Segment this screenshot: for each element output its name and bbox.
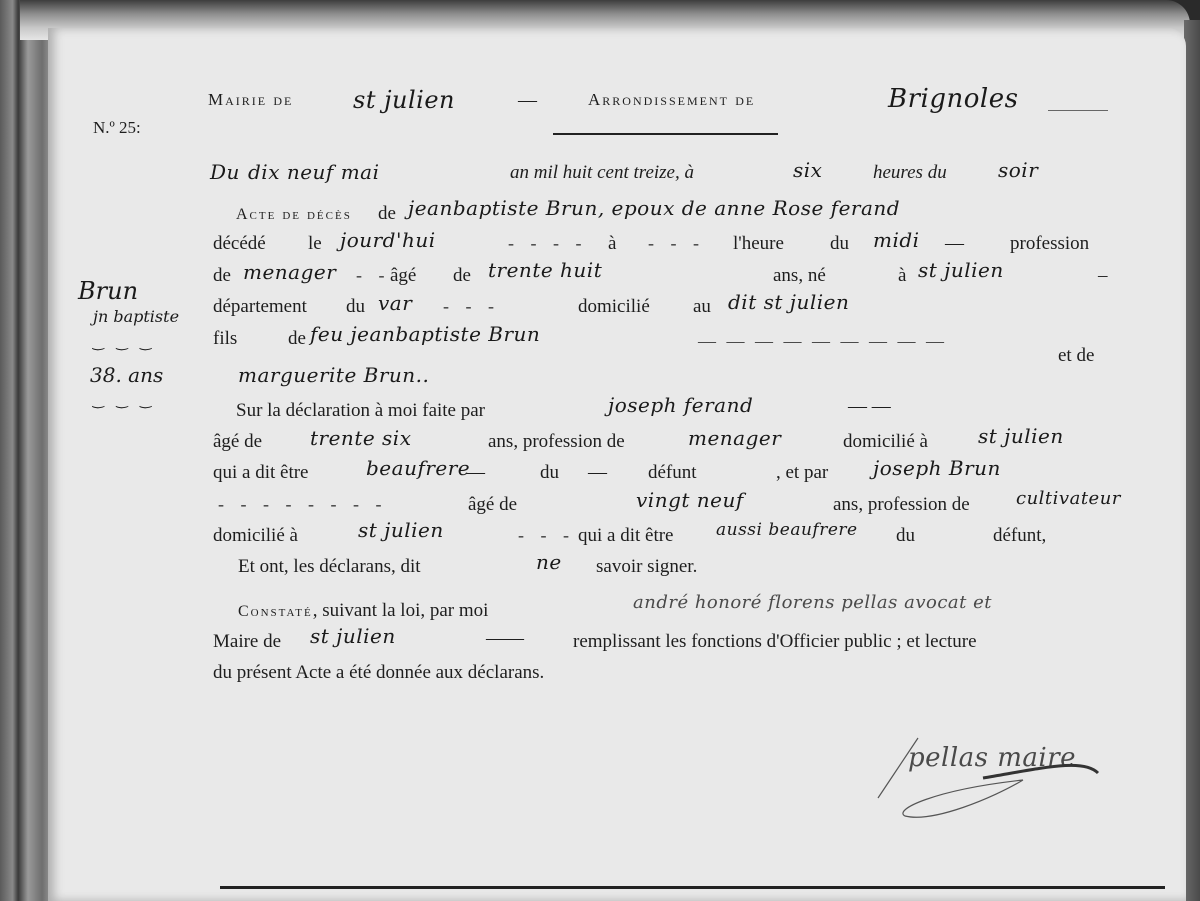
father-name: feu jeanbaptiste Brun	[310, 322, 540, 346]
date-hour-suffix: heures du	[873, 162, 947, 184]
header-rule	[553, 133, 778, 135]
et-de-label: et de	[1058, 345, 1094, 367]
death-day: jourd'hui	[340, 228, 436, 252]
age-de: de	[453, 265, 471, 287]
date-hour: six	[793, 158, 822, 182]
declaration-intro: Sur la déclaration à moi faite par	[236, 400, 485, 422]
date-year-text: an mil huit cent treize, à	[510, 162, 694, 184]
adjacent-page-edge	[1184, 20, 1200, 901]
declarant1-du: du	[540, 462, 559, 484]
domicile-label: domicilié	[578, 296, 650, 318]
declarant2-profession: cultivateur	[1016, 488, 1121, 509]
department-value: var	[378, 291, 412, 315]
mayor-signature: pellas maire	[873, 728, 1113, 828]
declarant2-domicile: st julien	[358, 518, 444, 542]
domicile-value: dit st julien	[728, 290, 849, 314]
maire-dash: ——	[486, 628, 524, 650]
bottom-rule	[220, 886, 1165, 889]
death-du: du	[830, 233, 849, 255]
death-time: midi	[873, 228, 920, 252]
arrondissement-label: Arrondissement de	[588, 90, 755, 110]
declarant2-du: du	[896, 525, 915, 547]
margin-surname: Brun	[78, 278, 179, 304]
fils-label: fils	[213, 328, 237, 350]
age-label: âgé	[390, 265, 416, 287]
fils-de: de	[288, 328, 306, 350]
deceased-name: jeanbaptiste Brun, epoux de anne Rose fe…	[408, 196, 900, 220]
declarant2-dashes: - - - - - - - -	[218, 494, 387, 515]
declarant1-age-label: âgé de	[213, 431, 262, 453]
date-period: soir	[998, 158, 1038, 182]
signing-suffix: savoir signer.	[596, 556, 697, 578]
birth-a: à	[898, 265, 906, 287]
margin-underline-2: ‿ ‿ ‿	[93, 388, 179, 414]
declarant2-age-label: âgé de	[468, 494, 517, 516]
date-prefix: Du	[210, 160, 240, 184]
declarant1-profession: menager	[688, 426, 781, 450]
department-label: département	[213, 296, 307, 318]
declarant1-trailing-dash: — —	[848, 396, 891, 418]
profession-label: profession	[1010, 233, 1089, 255]
declarant1-prof-label: ans, profession de	[488, 431, 625, 453]
declarant1-defunt: défunt	[648, 462, 697, 484]
attestation-text-2: remplissant les fonctions d'Officier pub…	[573, 631, 977, 653]
decede-label: décédé	[213, 233, 266, 255]
declarant2-name: joseph Brun	[873, 456, 1001, 480]
le-label: le	[308, 233, 322, 255]
deceased-profession: menager	[243, 260, 336, 284]
prof-dashes: - -	[356, 265, 391, 286]
department-dashes: - - -	[443, 296, 500, 317]
rel-dash-2: —	[588, 462, 607, 484]
declarant2-intro: , et par	[776, 462, 828, 484]
act-de: de	[378, 203, 396, 225]
department-du: du	[346, 296, 365, 318]
declarant1-relation: beaufrere	[366, 456, 470, 480]
date-day-month: dix neuf mai	[248, 160, 379, 184]
signing-prefix: Et ont, les déclarans, dit	[238, 556, 421, 578]
margin-note: Brun jn baptiste ‿ ‿ ‿ 38. ans ‿ ‿ ‿	[78, 278, 179, 414]
declarant2-age: vingt neuf	[636, 488, 744, 512]
record-number-label: N.º 25:	[93, 118, 141, 138]
act-label: Acte de décès	[236, 206, 352, 224]
signing-value: ne	[536, 550, 562, 574]
mairie-value: st julien	[353, 86, 455, 114]
declarant2-relation-label: qui a dit être	[578, 525, 674, 547]
mother-name: marguerite Brun..	[238, 363, 429, 387]
declarant1-name: joseph ferand	[608, 393, 753, 417]
declarant2-relation: aussi beaufrere	[716, 520, 858, 540]
header-trailing-line	[1048, 110, 1108, 111]
declarant2-dom-dashes: - - -	[518, 525, 575, 546]
deceased-age: trente huit	[488, 258, 602, 282]
death-lheure: l'heure	[733, 233, 784, 255]
birthplace: st julien	[918, 258, 1004, 282]
father-dashes: — — — — — — — — —	[698, 331, 947, 352]
record-number: N.º 25:	[93, 118, 141, 137]
declarant1-domicile: st julien	[978, 424, 1064, 448]
maire-place: st julien	[310, 624, 396, 648]
signature-flourish	[873, 728, 1113, 828]
declarant2-dom-label: domicilié à	[213, 525, 298, 547]
death-dash-3: —	[945, 233, 964, 255]
ans-ne-label: ans, né	[773, 265, 826, 287]
declarant2-prof-label: ans, profession de	[833, 494, 970, 516]
officer-name: andré honoré florens pellas avocat et	[633, 592, 992, 613]
constate-text: , suivant la loi, par moi	[313, 600, 489, 621]
mairie-label: Mairie de	[208, 90, 293, 110]
maire-label: Maire de	[213, 631, 281, 653]
prof-trailing-dash: –	[1098, 265, 1108, 287]
rel-dash-1: —	[466, 462, 485, 484]
declarant2-defunt: défunt,	[993, 525, 1046, 547]
constate-label: Constaté	[238, 603, 313, 620]
margin-given-name: jn baptiste	[93, 304, 179, 330]
declarant1-relation-label: qui a dit être	[213, 462, 309, 484]
margin-underline-1: ‿ ‿ ‿	[93, 330, 179, 356]
header-dash: —	[518, 90, 537, 112]
prof-de: de	[213, 265, 231, 287]
arrondissement-value: Brignoles	[888, 84, 1018, 114]
declarant1-age: trente six	[310, 426, 411, 450]
register-page: N.º 25: Mairie de st julien — Arrondisse…	[48, 28, 1186, 901]
death-a: à	[608, 233, 616, 255]
declarant1-dom-label: domicilié à	[843, 431, 928, 453]
margin-age: 38. ans	[90, 362, 179, 388]
domicile-au: au	[693, 296, 711, 318]
death-dashes-2: - - -	[648, 233, 705, 254]
death-dashes-1: - - - -	[508, 233, 587, 254]
attestation-text-3: du présent Acte a été donnée aux déclara…	[213, 662, 544, 684]
